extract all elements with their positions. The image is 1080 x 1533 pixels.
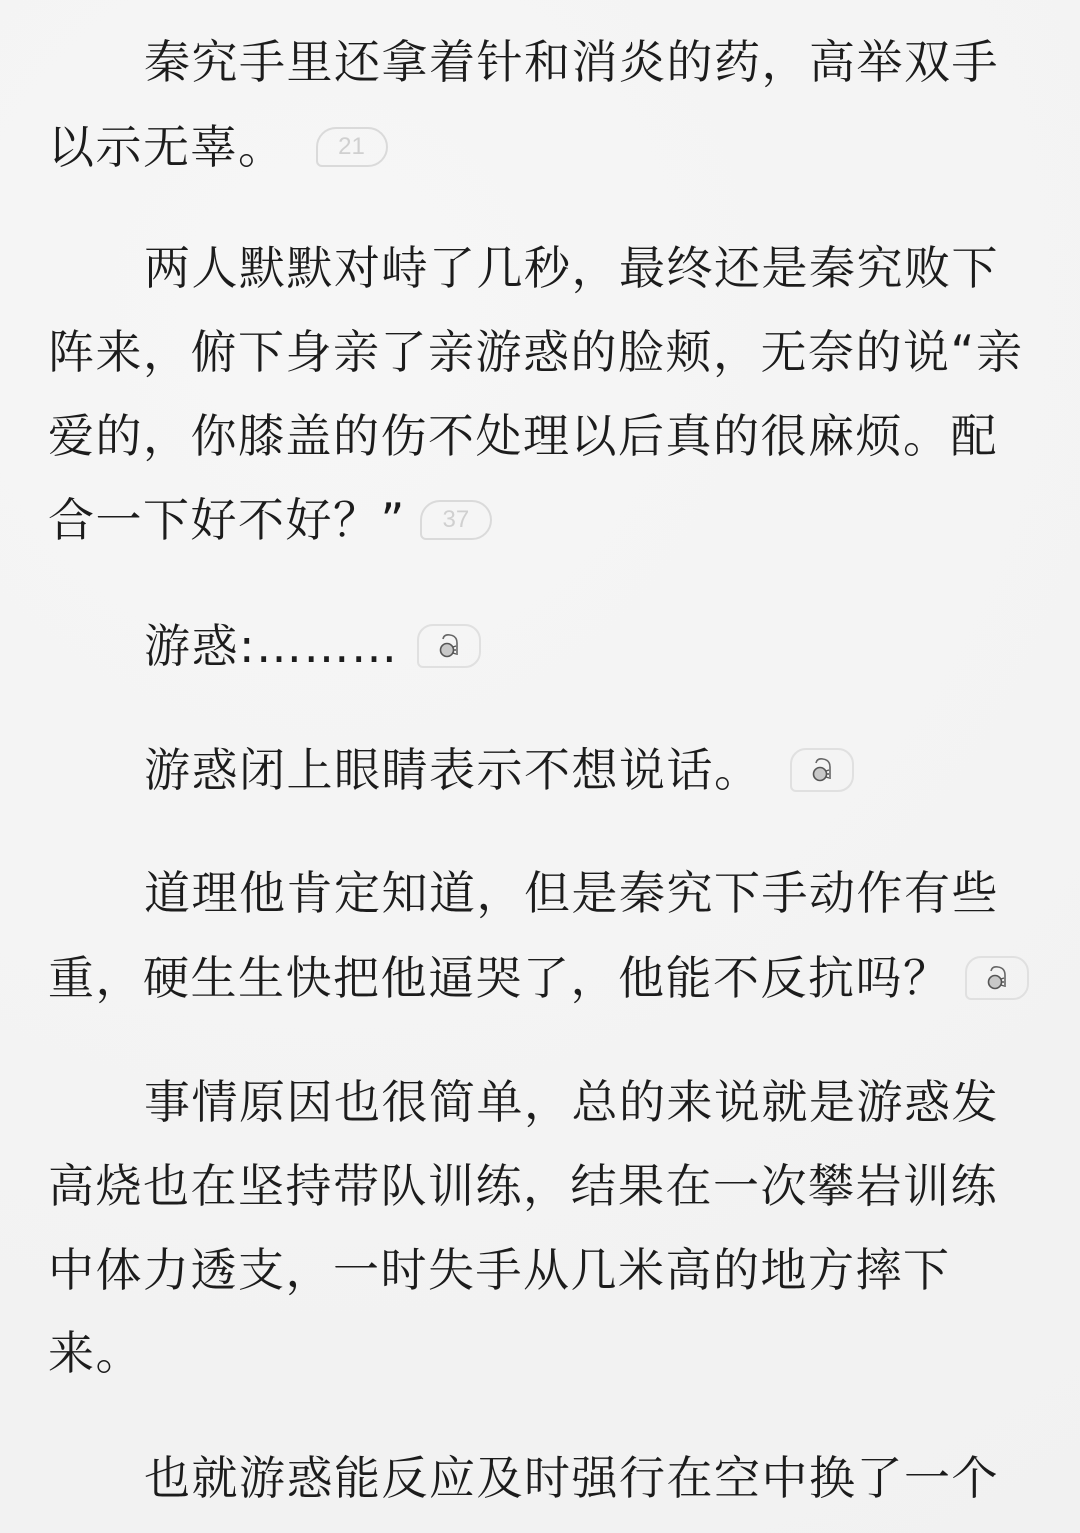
- line-text: 合一下好不好？”: [48, 490, 406, 550]
- comment-count-badge[interactable]: 21: [316, 127, 388, 167]
- line-text: 阵来，俯下身亲了亲游惑的脸颊，无奈的说“亲: [48, 322, 1023, 382]
- text-line: 重，硬生生快把他逼哭了，他能不反抗吗？: [48, 948, 1029, 1008]
- line-text: 爱的，你膝盖的伤不处理以后真的很麻烦。配: [48, 406, 998, 466]
- sticker-face-icon[interactable]: [965, 956, 1029, 1000]
- text-line: 两人默默对峙了几秒，最终还是秦究败下: [144, 238, 999, 298]
- line-text: 游惑闭上眼睛表示不想说话。: [144, 740, 762, 800]
- text-line: 也就游惑能反应及时强行在空中换了一个: [144, 1448, 999, 1508]
- text-line: 游惑:………: [144, 616, 481, 676]
- line-text: 两人默默对峙了几秒，最终还是秦究败下: [144, 238, 999, 298]
- line-text: 重，硬生生快把他逼哭了，他能不反抗吗？: [48, 948, 951, 1008]
- line-text: 来。: [48, 1323, 143, 1383]
- text-line: 爱的，你膝盖的伤不处理以后真的很麻烦。配: [48, 406, 998, 466]
- comment-count-badge[interactable]: 37: [420, 500, 492, 540]
- line-text: 高烧也在坚持带队训练，结果在一次攀岩训练: [48, 1156, 998, 1216]
- text-line: 游惑闭上眼睛表示不想说话。: [144, 740, 854, 800]
- line-text: 事情原因也很简单，总的来说就是游惑发: [144, 1072, 999, 1132]
- text-line: 阵来，俯下身亲了亲游惑的脸颊，无奈的说“亲: [48, 322, 1023, 382]
- line-text: 中体力透支，一时失手从几米高的地方摔下: [48, 1240, 951, 1300]
- text-line: 高烧也在坚持带队训练，结果在一次攀岩训练: [48, 1156, 998, 1216]
- text-line: 合一下好不好？” 37: [48, 490, 492, 550]
- text-line: 道理他肯定知道，但是秦究下手动作有些: [144, 863, 999, 923]
- line-text: 游惑:………: [144, 616, 399, 676]
- line-text: 秦究手里还拿着针和消炎的药，高举双手: [144, 32, 999, 92]
- sticker-face-icon[interactable]: [417, 624, 481, 668]
- reader-page: 秦究手里还拿着针和消炎的药，高举双手 以示无辜。 21 两人默默对峙了几秒，最终…: [0, 0, 1080, 1533]
- line-text: 道理他肯定知道，但是秦究下手动作有些: [144, 863, 999, 923]
- text-line: 事情原因也很简单，总的来说就是游惑发: [144, 1072, 999, 1132]
- line-text: 也就游惑能反应及时强行在空中换了一个: [144, 1448, 999, 1508]
- text-line: 以示无辜。 21: [48, 117, 388, 177]
- text-line: 来。: [48, 1323, 143, 1383]
- text-line: 秦究手里还拿着针和消炎的药，高举双手: [144, 32, 999, 92]
- line-text: 以示无辜。: [48, 117, 286, 177]
- text-line: 中体力透支，一时失手从几米高的地方摔下: [48, 1240, 951, 1300]
- sticker-face-icon[interactable]: [790, 748, 854, 792]
